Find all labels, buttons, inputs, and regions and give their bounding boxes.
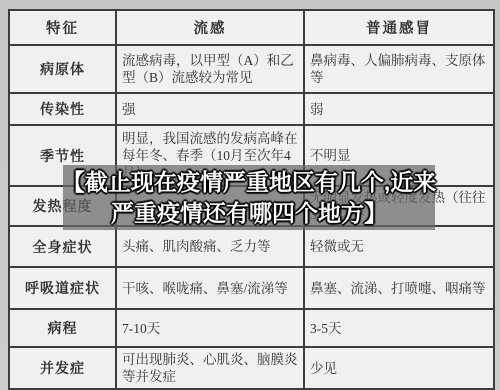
header-cold: 普通感冒 [304,10,494,45]
cold-cell: 鼻病毒、人偏肺病毒、支原体等 [304,45,494,93]
table-header-row: 特征 流感 普通感冒 [9,10,494,45]
flu-cell: 7-10天 [116,309,304,347]
caption-line-1: 【截止现在疫情严重地区有几个,近来 [62,167,436,198]
cold-cell: 弱 [304,93,494,125]
table-row-systemic-symptoms: 全身症状 头痛、肌肉酸痛、乏力等 轻微或无 [9,226,494,267]
row-label: 病原体 [9,45,116,93]
table-row-duration: 病程 7-10天 3-5天 [9,309,494,347]
row-label: 全身症状 [9,226,116,267]
cold-cell: 鼻塞、流涕、打喷嚏、咽痛等 [304,267,494,309]
header-feature: 特征 [9,10,116,45]
screenshot-stage: 特征 流感 普通感冒 病原体 流感病毒，以甲型（A）和乙型（B）流感较为常见 鼻… [0,0,500,390]
table-row-pathogen: 病原体 流感病毒，以甲型（A）和乙型（B）流感较为常见 鼻病毒、人偏肺病毒、支原… [9,45,494,93]
cold-cell: 少见 [304,347,494,389]
row-label: 并发症 [9,347,116,389]
cold-cell: 3-5天 [304,309,494,347]
row-label: 呼吸道症状 [9,267,116,309]
caption-line-2: 严重疫情还有哪四个地方】 [111,198,387,229]
flu-cell: 强 [116,93,304,125]
header-flu: 流感 [116,10,304,45]
table-row-contagiousness: 传染性 强 弱 [9,93,494,125]
table-row-respiratory-symptoms: 呼吸道症状 干咳、喉咙痛、鼻塞/流涕等 鼻塞、流涕、打喷嚏、咽痛等 [9,267,494,309]
flu-cell: 可出现肺炎、心肌炎、脑膜炎等并发症 [116,347,304,389]
cold-cell: 轻微或无 [304,226,494,267]
flu-cell: 干咳、喉咙痛、鼻塞/流涕等 [116,267,304,309]
flu-cell: 头痛、肌肉酸痛、乏力等 [116,226,304,267]
row-label: 病程 [9,309,116,347]
caption-overlay: 【截止现在疫情严重地区有几个,近来 严重疫情还有哪四个地方】 [63,165,435,230]
table-row-complications: 并发症 可出现肺炎、心肌炎、脑膜炎等并发症 少见 [9,347,494,389]
row-label: 传染性 [9,93,116,125]
flu-cell: 流感病毒，以甲型（A）和乙型（B）流感较为常见 [116,45,304,93]
